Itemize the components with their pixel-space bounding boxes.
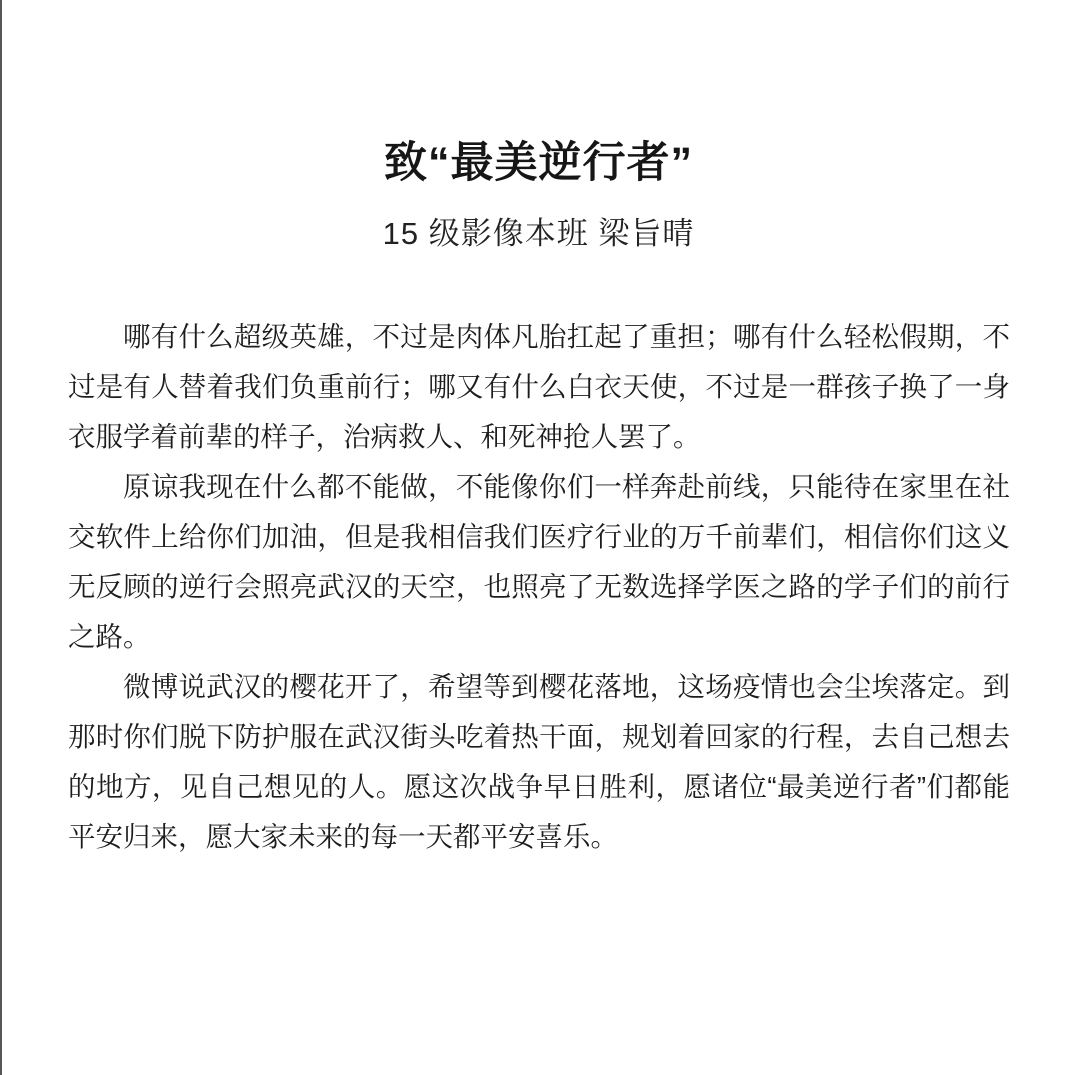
paragraph: 微博说武汉的樱花开了，希望等到樱花落地，这场疫情也会尘埃落定。到那时你们脱下防护… (68, 662, 1010, 862)
document-byline: 15 级影像本班 梁旨晴 (0, 213, 1077, 255)
paragraph: 原谅我现在什么都不能做，不能像你们一样奔赴前线，只能待在家里在社交软件上给你们加… (68, 462, 1010, 662)
document-body: 哪有什么超级英雄，不过是肉体凡胎扛起了重担；哪有什么轻松假期，不过是有人替着我们… (68, 312, 1010, 862)
document-page: 致“最美逆行者” 15 级影像本班 梁旨晴 哪有什么超级英雄，不过是肉体凡胎扛起… (0, 0, 1077, 1075)
document-title: 致“最美逆行者” (0, 138, 1077, 188)
paragraph: 哪有什么超级英雄，不过是肉体凡胎扛起了重担；哪有什么轻松假期，不过是有人替着我们… (68, 312, 1010, 462)
